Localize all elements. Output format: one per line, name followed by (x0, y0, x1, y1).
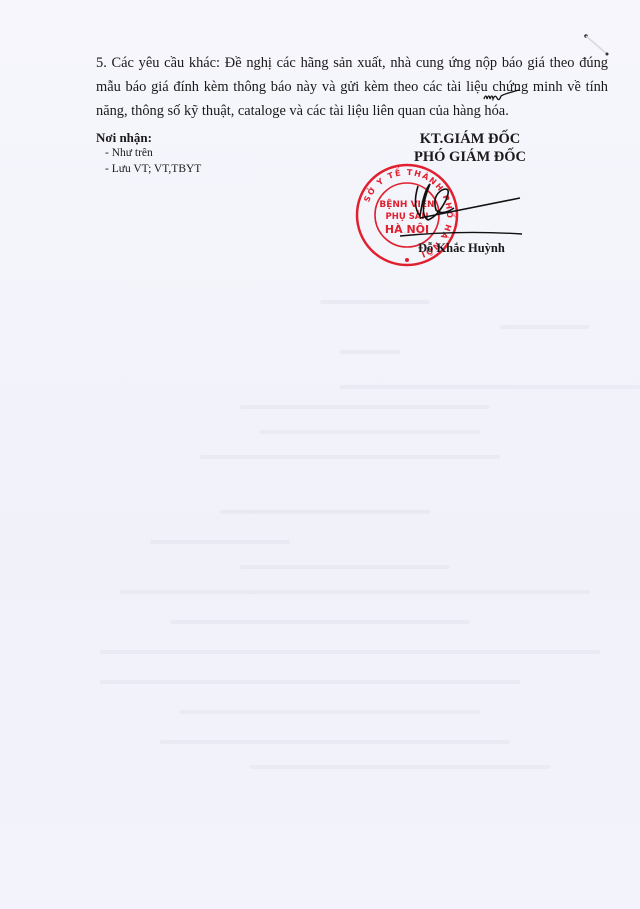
signature-title: KT.GIÁM ĐỐC PHÓ GIÁM ĐỐC (400, 130, 540, 166)
signer-name: Đỗ Khắc Huỳnh (418, 241, 505, 256)
paragraph-line: năng, thông số kỹ thuật, cataloge và các… (96, 99, 608, 123)
paragraph-line: mẫu báo giá đính kèm thông báo này và gử… (96, 75, 608, 99)
handwritten-signature (400, 178, 530, 248)
recipient-item: - Như trên (96, 145, 201, 161)
recipient-item: - Lưu VT; VT,TBYT (96, 161, 201, 177)
handwritten-initials (482, 87, 522, 103)
signature-title-line1: KT.GIÁM ĐỐC (400, 130, 540, 148)
paragraph-line: 5. Các yêu cầu khác: Đề nghị các hãng sả… (96, 51, 608, 75)
recipients-list: Nơi nhận: - Như trên - Lưu VT; VT,TBYT (96, 130, 201, 177)
scan-artifact-mark (583, 32, 613, 58)
recipients-heading: Nơi nhận: (96, 130, 201, 145)
bleed-through-text (60, 285, 620, 785)
document-page: 5. Các yêu cầu khác: Đề nghị các hãng sả… (0, 0, 640, 909)
requirements-paragraph: 5. Các yêu cầu khác: Đề nghị các hãng sả… (96, 51, 608, 123)
